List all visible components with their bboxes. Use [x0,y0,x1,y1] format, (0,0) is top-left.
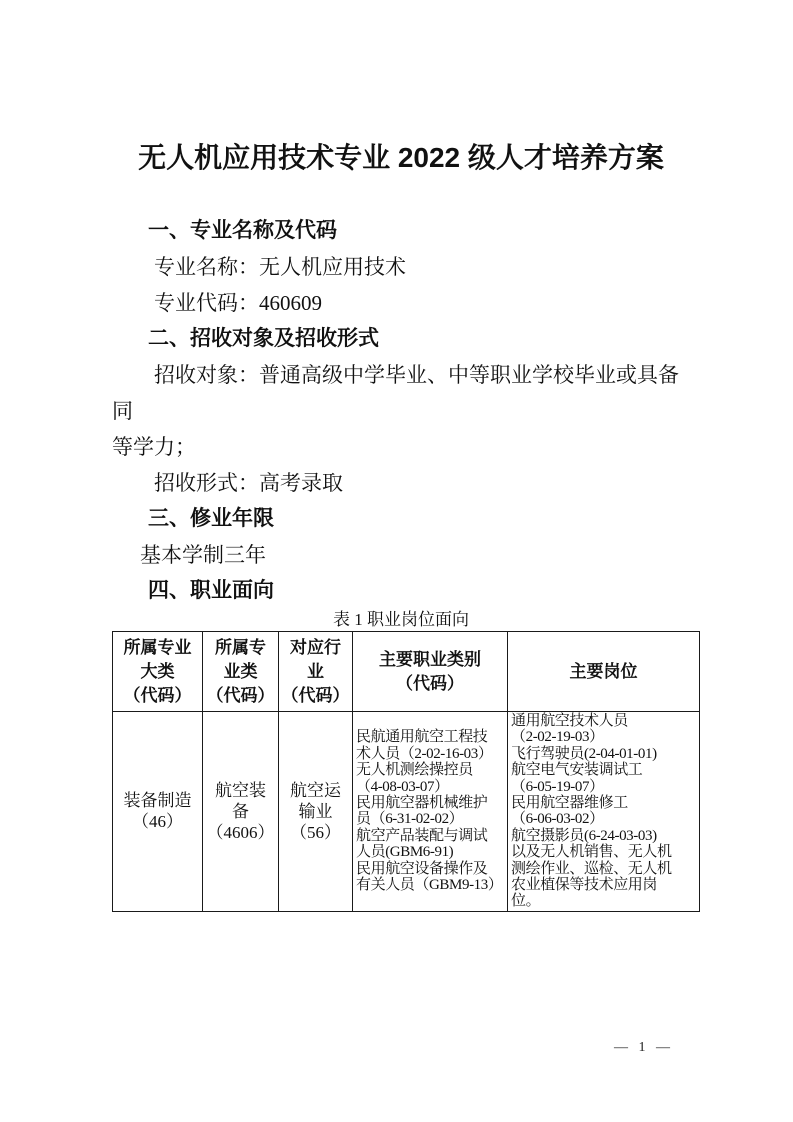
cell-main-positions: 通用航空技术人员 （2-02-19-03） 飞行驾驶员(2-04-01-01) … [508,712,700,912]
paragraph-enrollment-target: 招收对象：普通高级中学毕业、中等职业学校毕业或具备同 等学力； [112,357,690,465]
section-heading-study-duration: 三、修业年限 [112,501,690,537]
section-heading-major-name-code: 一、专业名称及代码 [112,213,690,249]
table-row: 装备制造 （46） 航空装 备 （4606） 航空运 输业 （56） 民航通用航… [113,712,700,912]
document-content: 无人机应用技术专业 2022 级人才培养方案 一、专业名称及代码 专业名称：无人… [0,0,793,912]
col-header-occupation-categories: 主要职业类别 （代码） [353,632,508,712]
paragraph-major-code: 专业代码：460609 [112,285,690,321]
career-orientation-table: 所属专业 大类 （代码） 所属专 业类 （代码） 对应行 业 （代码） 主要职业… [112,631,700,912]
cell-industry: 航空运 输业 （56） [279,712,353,912]
section-heading-enrollment: 二、招收对象及招收形式 [112,321,690,357]
cell-major-class: 航空装 备 （4606） [203,712,279,912]
paragraph-major-name: 专业名称：无人机应用技术 [112,249,690,285]
cell-major-category: 装备制造 （46） [113,712,203,912]
col-header-industry: 对应行 业 （代码） [279,632,353,712]
table-header-row: 所属专业 大类 （代码） 所属专 业类 （代码） 对应行 业 （代码） 主要职业… [113,632,700,712]
table-caption: 表 1 职业岗位面向 [112,609,690,631]
document-page: 无人机应用技术专业 2022 级人才培养方案 一、专业名称及代码 专业名称：无人… [0,0,793,1122]
paragraph-enrollment-form: 招收形式：高考录取 [112,465,690,501]
col-header-main-positions: 主要岗位 [508,632,700,712]
section-heading-career-orientation: 四、职业面向 [112,573,690,609]
document-title: 无人机应用技术专业 2022 级人才培养方案 [112,0,690,180]
col-header-major-class: 所属专 业类 （代码） [203,632,279,712]
col-header-major-category: 所属专业 大类 （代码） [113,632,203,712]
cell-occupation-categories: 民航通用航空工程技 术人员（2-02-16-03） 无人机测绘操控员 （4-08… [353,712,508,912]
page-number: — 1 — [592,1040,692,1056]
paragraph-study-duration: 基本学制三年 [112,537,690,573]
